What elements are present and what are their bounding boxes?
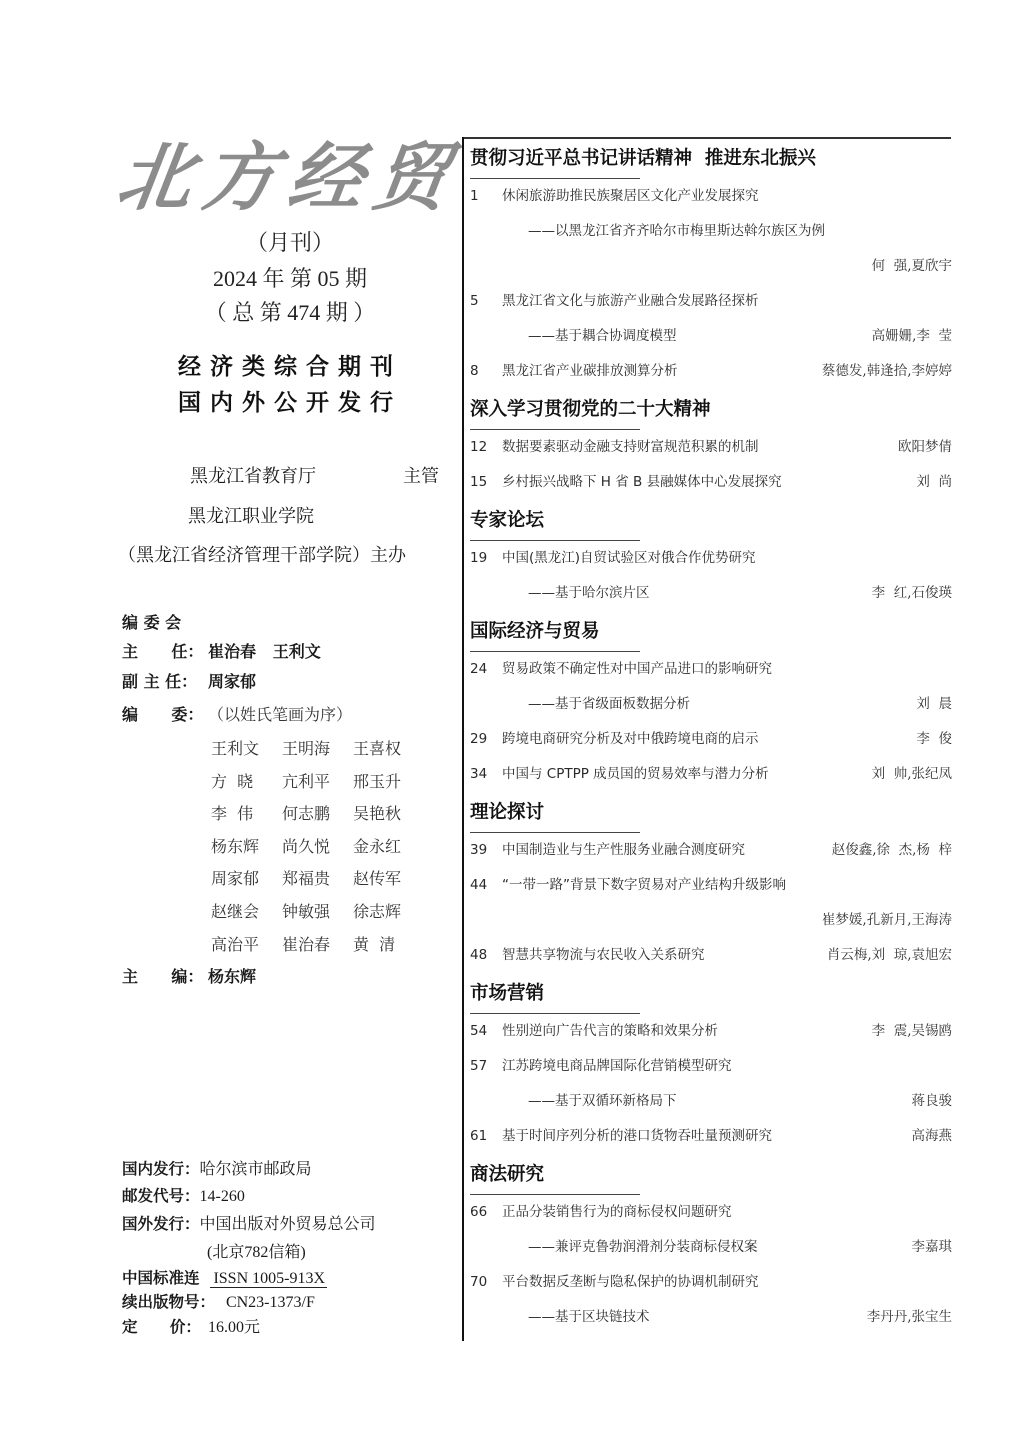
board-member: 郑福贵 xyxy=(282,866,352,889)
toc-section: 专家论坛 19中国(黑龙江)自贸试验区对俄合作优势研究 ——基于哈尔滨片区李 红… xyxy=(470,500,952,611)
deputy-line: 副 主 任：周家郁 xyxy=(122,669,256,692)
toc-section: 商法研究 66正品分装销售行为的商标侵权问题研究 ——兼评克鲁勃润滑剂分装商标侵… xyxy=(470,1154,952,1335)
toc-section: 深入学习贯彻党的二十大精神 12数据要素驱动金融支持财富规范积累的机制欧阳梦倩 … xyxy=(470,389,952,500)
foreign-distribution: 国外发行：中国出版对外贸易总公司 xyxy=(122,1211,376,1234)
logo-char: 贸 xyxy=(369,141,453,215)
toc-left-border xyxy=(462,137,464,1341)
board-member: 王明海 xyxy=(282,736,352,759)
deputy-label: 副 主 任： xyxy=(122,669,208,692)
section-title: 贯彻习近平总书记讲话精神 推进东北振兴 xyxy=(470,138,952,172)
issue-number: 2024 年 第 05 期 xyxy=(180,262,400,293)
board-member: 王利文 xyxy=(211,736,281,759)
domestic-distribution: 国内发行：哈尔滨市邮政局 xyxy=(122,1156,312,1179)
board-member: 赵继会 xyxy=(211,899,281,922)
editor-in-chief: 杨东辉 xyxy=(208,967,256,986)
board-member: 王喜权 xyxy=(353,736,423,759)
logo-char: 北 xyxy=(113,141,197,215)
price: 16.00元 xyxy=(208,1319,260,1336)
section-title: 专家论坛 xyxy=(470,500,952,534)
section-title: 国际经济与贸易 xyxy=(470,611,952,645)
toc-entry-subtitle[interactable]: ——基于省级面板数据分析刘 晨 xyxy=(470,687,952,722)
editorial-board-title: 编 委 会 xyxy=(122,610,181,633)
toc-entry[interactable]: 24贸易政策不确定性对中国产品进口的影响研究 xyxy=(470,652,952,687)
board-member: 邢玉升 xyxy=(353,769,423,792)
board-member: 崔治春 xyxy=(282,932,352,955)
toc-entry[interactable]: 5黑龙江省文化与旅游产业融合发展路径探析 xyxy=(470,284,952,319)
postal-code: 邮发代号：14-260 xyxy=(122,1184,245,1206)
toc-entry[interactable]: 66正品分装销售行为的商标侵权问题研究 xyxy=(470,1195,952,1230)
toc-section: 理论探讨 39中国制造业与生产性服务业融合测度研究赵俊鑫,徐 杰,杨 梓 44“… xyxy=(470,792,952,973)
board-member: 杨东辉 xyxy=(211,834,281,857)
section-title: 市场营销 xyxy=(470,973,952,1007)
standard-serial-number: 中国标准连 ISSN 1005-913X xyxy=(122,1266,327,1288)
board-member: 何志鹏 xyxy=(282,801,352,824)
board-members-grid: 王利文 王明海 王喜权 方 晓 亢利平 邢玉升 李 伟 何志鹏 吴艳秋 杨东辉 … xyxy=(211,736,423,954)
toc-entry-authors[interactable]: 崔梦媛,孔新月,王海涛 xyxy=(470,903,952,938)
logo-char: 经 xyxy=(283,141,367,215)
board-member: 赵传军 xyxy=(353,866,423,889)
issn: ISSN 1005-913X xyxy=(210,1270,327,1288)
toc-section: 市场营销 54性别逆向广告代言的策略和效果分析李 震,吴锡鸥 57江苏跨境电商品… xyxy=(470,973,952,1154)
supervisor-role: 主管 xyxy=(403,462,439,488)
supervisor-org: 黑龙江省教育厅 xyxy=(190,462,316,488)
toc-entry[interactable]: 8黑龙江省产业碳排放测算分析蔡德发,韩逢拾,李婷婷 xyxy=(470,354,952,389)
toc-entry-subtitle[interactable]: ——基于哈尔滨片区李 红,石俊瑛 xyxy=(470,576,952,611)
section-title: 商法研究 xyxy=(470,1154,952,1188)
toc-entry[interactable]: 44“一带一路”背景下数字贸易对产业结构升级影响 xyxy=(470,868,952,903)
board-member: 钟敏强 xyxy=(282,899,352,922)
members-note: （以姓氏笔画为序） xyxy=(208,705,352,724)
toc-entry[interactable]: 54性别逆向广告代言的策略和效果分析李 震,吴锡鸥 xyxy=(470,1014,952,1049)
foreign-mailbox: (北京782信箱) xyxy=(207,1239,306,1262)
board-member: 周家郁 xyxy=(211,866,281,889)
total-issue: （ 总 第 474 期 ） xyxy=(180,296,400,327)
board-member: 方 晓 xyxy=(211,769,281,792)
frequency: （月刊） xyxy=(180,226,400,257)
toc-entry-subtitle[interactable]: ——基于区块链技术李丹丹,张宝生 xyxy=(470,1300,952,1335)
toc-entry[interactable]: 29跨境电商研究分析及对中俄跨境电商的启示李 俊 xyxy=(470,722,952,757)
table-of-contents: 贯彻习近平总书记讲话精神 推进东北振兴 1休闲旅游助推民族聚居区文化产业发展探究… xyxy=(470,138,952,1335)
director: 崔治春 王利文 xyxy=(208,642,321,661)
toc-entry[interactable]: 1休闲旅游助推民族聚居区文化产业发展探究 xyxy=(470,179,952,214)
toc-section: 国际经济与贸易 24贸易政策不确定性对中国产品进口的影响研究 ——基于省级面板数… xyxy=(470,611,952,792)
logo-char: 方 xyxy=(198,141,282,215)
host-org-full: （黑龙江省经济管理干部学院）主办 xyxy=(118,541,406,567)
tagline-1: 经济类综合期刊 xyxy=(160,348,420,381)
toc-entry-subtitle[interactable]: ——基于耦合协调度模型高姗姗,李 莹 xyxy=(470,319,952,354)
toc-entry[interactable]: 70平台数据反垄断与隐私保护的协调机制研究 xyxy=(470,1265,952,1300)
editor-label: 主 编： xyxy=(122,964,208,987)
journal-logo: 北 方 经 贸 xyxy=(118,128,448,228)
board-member: 高治平 xyxy=(211,932,281,955)
members-line: 编 委：（以姓氏笔画为序） xyxy=(122,702,352,725)
toc-entry-subtitle[interactable]: ——基于双循环新格局下蒋良骏 xyxy=(470,1084,952,1119)
toc-entry[interactable]: 19中国(黑龙江)自贸试验区对俄合作优势研究 xyxy=(470,541,952,576)
cn-number-line: 续出版物号： CN23-1373/F xyxy=(122,1290,315,1312)
board-member: 吴艳秋 xyxy=(353,801,423,824)
section-title: 理论探讨 xyxy=(470,792,952,826)
host-org: 黑龙江职业学院 xyxy=(188,502,314,528)
deputy: 周家郁 xyxy=(208,672,256,691)
toc-entry[interactable]: 61基于时间序列分析的港口货物吞吐量预测研究高海燕 xyxy=(470,1119,952,1154)
board-member: 尚久悦 xyxy=(282,834,352,857)
director-label: 主 任： xyxy=(122,639,208,662)
tagline-2: 国内外公开发行 xyxy=(160,384,420,417)
toc-entry-authors[interactable]: 何 强,夏欣宇 xyxy=(470,249,952,284)
toc-entry[interactable]: 34中国与 CPTPP 成员国的贸易效率与潜力分析刘 帅,张纪凤 xyxy=(470,757,952,792)
board-member: 亢利平 xyxy=(282,769,352,792)
toc-entry[interactable]: 57江苏跨境电商品牌国际化营销模型研究 xyxy=(470,1049,952,1084)
board-member: 黄 清 xyxy=(353,932,423,955)
members-label: 编 委： xyxy=(122,702,208,725)
cn-number: CN23-1373/F xyxy=(226,1294,315,1311)
board-member: 李 伟 xyxy=(211,801,281,824)
price-line: 定 价：16.00元 xyxy=(122,1314,260,1337)
director-line: 主 任：崔治春 王利文 xyxy=(122,639,321,662)
toc-entry-subtitle[interactable]: ——以黑龙江省齐齐哈尔市梅里斯达斡尔族区为例 xyxy=(470,214,952,249)
board-member: 徐志辉 xyxy=(353,899,423,922)
editor-line: 主 编：杨东辉 xyxy=(122,964,256,987)
toc-entry[interactable]: 48智慧共享物流与农民收入关系研究肖云梅,刘 琼,袁旭宏 xyxy=(470,938,952,973)
section-title: 深入学习贯彻党的二十大精神 xyxy=(470,389,952,423)
toc-entry[interactable]: 39中国制造业与生产性服务业融合测度研究赵俊鑫,徐 杰,杨 梓 xyxy=(470,833,952,868)
toc-entry[interactable]: 12数据要素驱动金融支持财富规范积累的机制欧阳梦倩 xyxy=(470,430,952,465)
toc-entry-subtitle[interactable]: ——兼评克鲁勃润滑剂分装商标侵权案李嘉琪 xyxy=(470,1230,952,1265)
toc-entry[interactable]: 15乡村振兴战略下 H 省 B 县融媒体中心发展探究刘 尚 xyxy=(470,465,952,500)
board-member: 金永红 xyxy=(353,834,423,857)
toc-section: 贯彻习近平总书记讲话精神 推进东北振兴 1休闲旅游助推民族聚居区文化产业发展探究… xyxy=(470,138,952,389)
